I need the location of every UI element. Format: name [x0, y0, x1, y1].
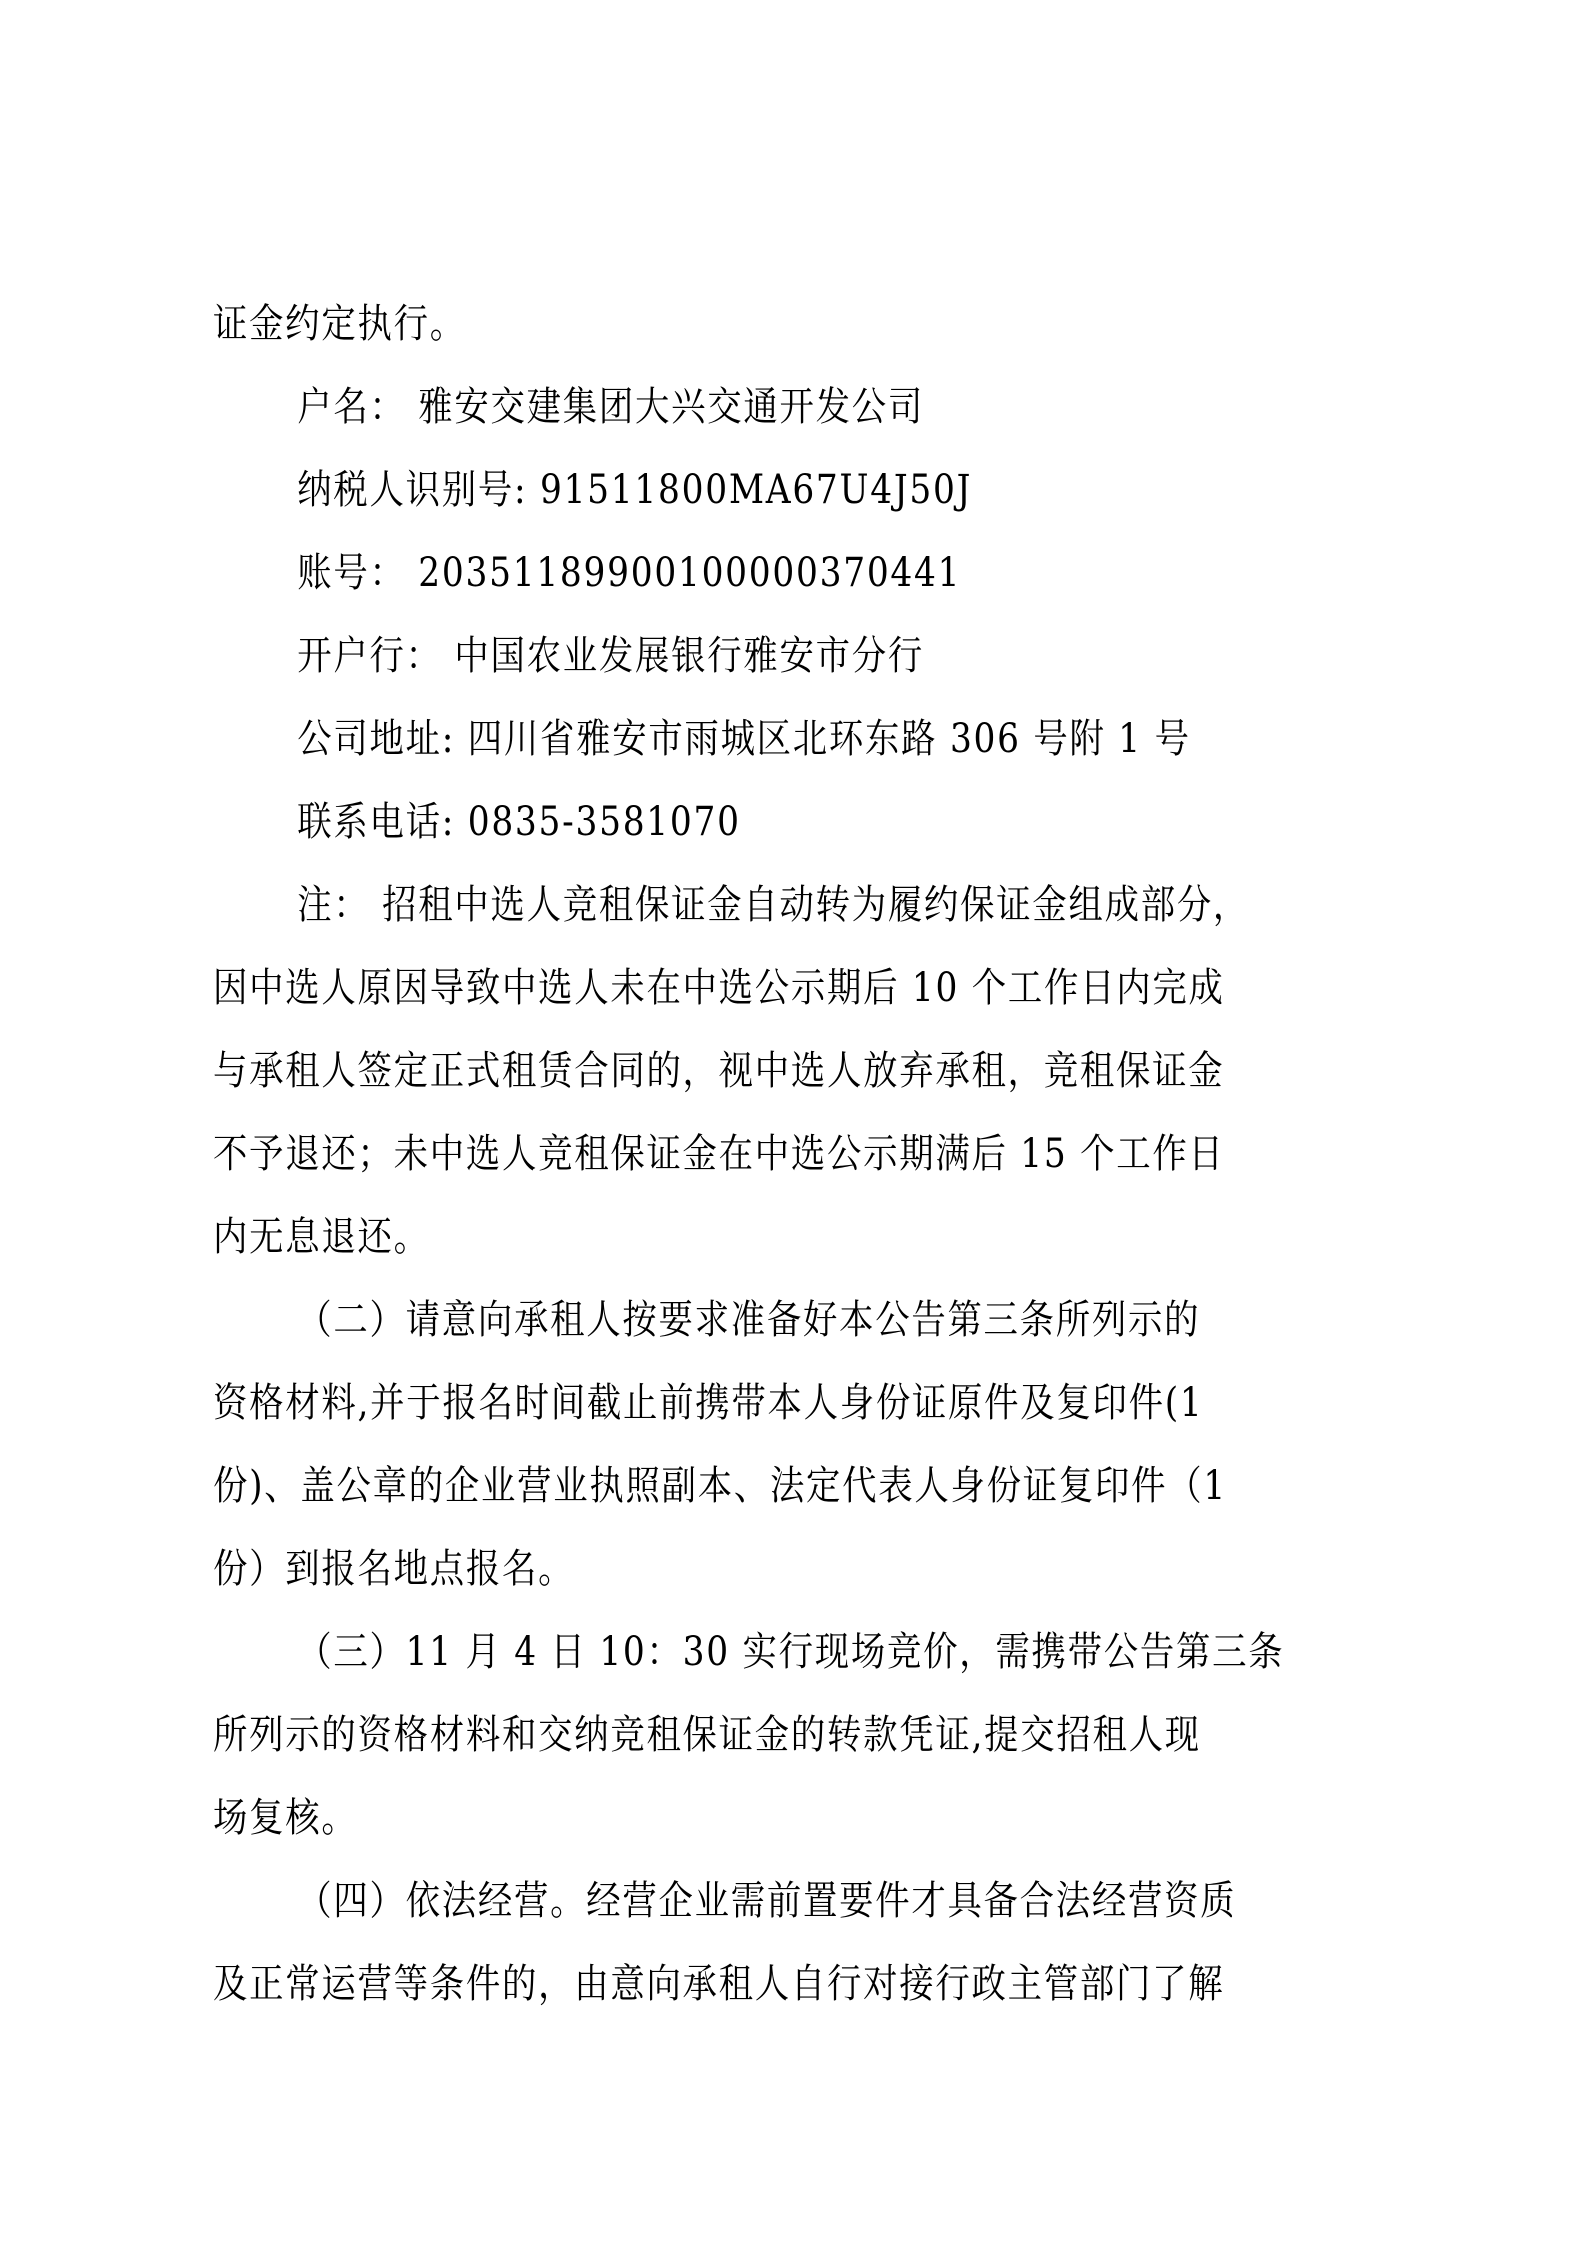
section-4-paragraph: （四）依法经营。经营企业需前置要件才具备合法经营资质 及正常运营等条件的，由意向…: [213, 1860, 1377, 2026]
note-line: 注： 招租中选人竞租保证金自动转为履约保证金组成部分，: [213, 864, 1214, 947]
tax-id-line: 纳税人识别号: 91511800MA67U4J50J: [213, 449, 1214, 532]
phone-line: 联系电话: 0835-3581070: [213, 781, 1214, 864]
section-3-line: 场复核。: [213, 1777, 1214, 1860]
section-2-line: 资格材料,并于报名时间截止前携带本人身份证原件及复印件(1: [213, 1362, 1214, 1445]
address-line: 公司地址: 四川省雅安市雨城区北环东路 306 号附 1 号: [213, 698, 1214, 781]
section-2-line: （二）请意向承租人按要求准备好本公告第三条所列示的: [213, 1279, 1214, 1362]
paragraph-continuation-line: 证金约定执行。: [213, 283, 1214, 366]
document-page: 证金约定执行。 户名： 雅安交建集团大兴交通开发公司 纳税人识别号: 91511…: [213, 283, 1377, 2026]
section-2-paragraph: （二）请意向承租人按要求准备好本公告第三条所列示的 资格材料,并于报名时间截止前…: [213, 1279, 1377, 1611]
note-paragraph: 注： 招租中选人竞租保证金自动转为履约保证金组成部分， 因中选人原因导致中选人未…: [213, 864, 1377, 1279]
note-line: 内无息退还。: [213, 1196, 1214, 1279]
bank-line: 开户行： 中国农业发展银行雅安市分行: [213, 615, 1214, 698]
account-name-line: 户名： 雅安交建集团大兴交通开发公司: [213, 366, 1214, 449]
section-3-line: 所列示的资格材料和交纳竞租保证金的转款凭证,提交招租人现: [213, 1694, 1214, 1777]
note-line: 因中选人原因导致中选人未在中选公示期后 10 个工作日内完成: [213, 947, 1214, 1030]
note-line: 不予退还；未中选人竞租保证金在中选公示期满后 15 个工作日: [213, 1113, 1214, 1196]
section-3-paragraph: （三）11 月 4 日 10：30 实行现场竞价，需携带公告第三条 所列示的资格…: [213, 1611, 1377, 1860]
section-4-line: 及正常运营等条件的，由意向承租人自行对接行政主管部门了解: [213, 1943, 1214, 2026]
account-number-line: 账号： 20351189900100000370441: [213, 532, 1214, 615]
section-4-line: （四）依法经营。经营企业需前置要件才具备合法经营资质: [213, 1860, 1214, 1943]
note-line: 与承租人签定正式租赁合同的，视中选人放弃承租，竞租保证金: [213, 1030, 1214, 1113]
section-2-line: 份）到报名地点报名。: [213, 1528, 1214, 1611]
section-2-line: 份)、盖公章的企业营业执照副本、法定代表人身份证复印件（1: [213, 1445, 1214, 1528]
section-3-line: （三）11 月 4 日 10：30 实行现场竞价，需携带公告第三条: [213, 1611, 1214, 1694]
